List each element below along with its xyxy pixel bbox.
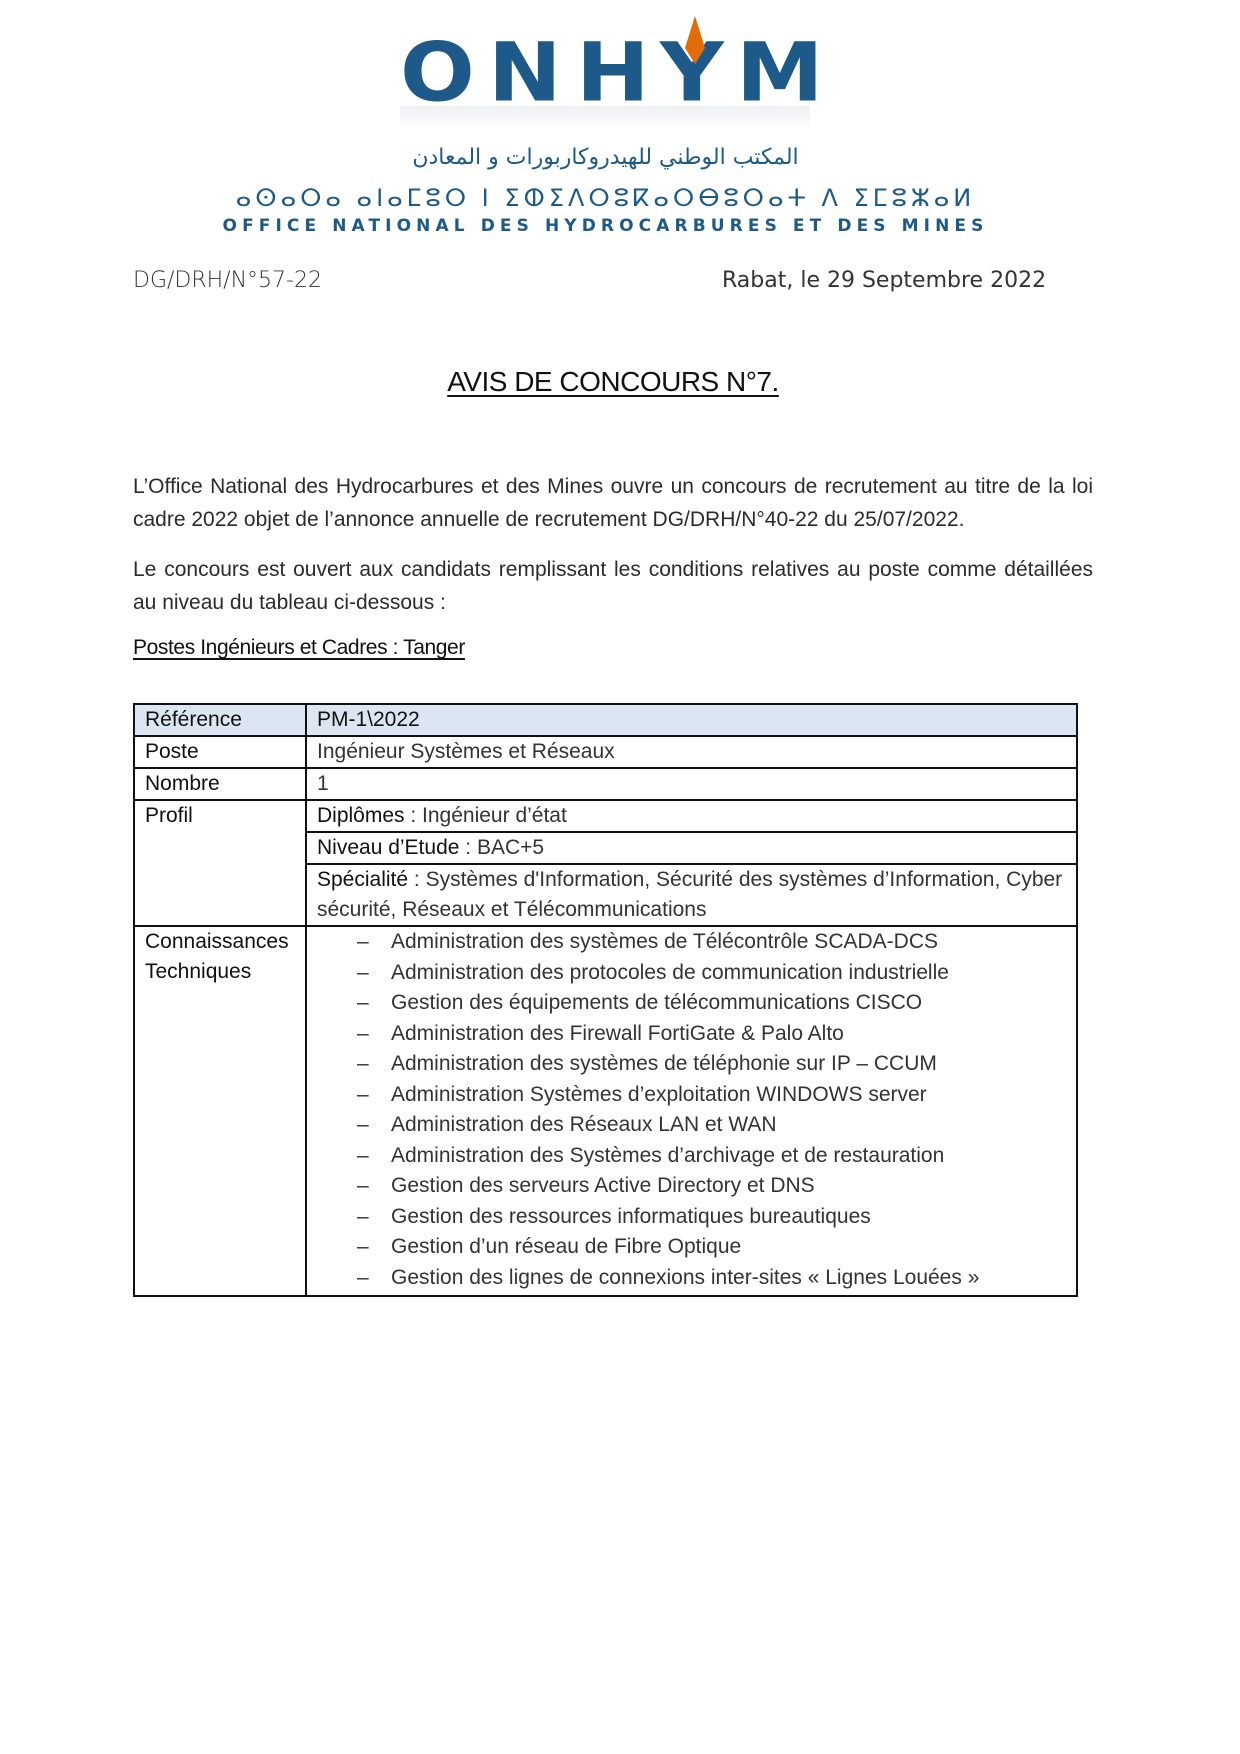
connaissances-label-line2: Techniques <box>145 957 295 987</box>
niveau-label: Niveau d’Etude <box>317 836 459 859</box>
office-name: OFFICE NATIONAL DES HYDROCARBURES ET DES… <box>188 216 1023 236</box>
knowledge-item-text: Administration des Systèmes d’archivage … <box>391 1144 944 1167</box>
list-item: –Administration des systèmes de téléphon… <box>317 1049 1066 1080</box>
document-date: Rabat, le 29 Septembre 2022 <box>722 268 1046 293</box>
knowledge-item-text: Gestion des serveurs Active Directory et… <box>391 1174 815 1197</box>
dash-bullet-icon: – <box>357 1232 369 1263</box>
document-reference: DG/DRH/N°57-22 <box>133 268 322 293</box>
logo-letter: H <box>576 38 650 107</box>
dash-bullet-icon: – <box>357 1080 369 1111</box>
poste-label: Poste <box>134 736 306 768</box>
niveau-value: : BAC+5 <box>459 836 544 859</box>
dash-bullet-icon: – <box>357 927 369 958</box>
diplomes-cell: Diplômes : Ingénieur d’état <box>306 800 1077 832</box>
table-row-profil-diplomes: Profil Diplômes : Ingénieur d’état <box>134 800 1077 832</box>
list-item: –Administration des systèmes de Télécont… <box>317 927 1066 958</box>
knowledge-item-text: Administration des Firewall FortiGate & … <box>391 1022 844 1045</box>
specialite-cell: Spécialité : Systèmes d'Information, Séc… <box>306 864 1077 926</box>
reference-value: PM-1\2022 <box>306 704 1077 736</box>
diplomes-label: Diplômes <box>317 804 405 827</box>
poste-value: Ingénieur Systèmes et Réseaux <box>306 736 1077 768</box>
flame-icon <box>683 16 707 66</box>
dash-bullet-icon: – <box>357 1019 369 1050</box>
job-table: Référence PM-1\2022 Poste Ingénieur Syst… <box>133 703 1078 1297</box>
connaissances-label-line1: Connaissances <box>145 927 295 957</box>
logo-reflection <box>400 106 810 130</box>
page-title: AVIS DE CONCOURS N°7. <box>0 366 1226 398</box>
knowledge-item-text: Gestion des lignes de connexions inter-s… <box>391 1266 979 1289</box>
specialite-label: Spécialité <box>317 868 408 891</box>
niveau-cell: Niveau d’Etude : BAC+5 <box>306 832 1077 864</box>
connaissances-label: Connaissances Techniques <box>134 926 306 1296</box>
nombre-value: 1 <box>306 768 1077 800</box>
reference-label: Référence <box>134 704 306 736</box>
section-heading: Postes Ingénieurs et Cadres : Tanger <box>133 636 465 660</box>
logo-letter: N <box>488 38 562 107</box>
list-item: –Administration des Réseaux LAN et WAN <box>317 1110 1066 1141</box>
list-item: –Administration Systèmes d’exploitation … <box>317 1080 1066 1111</box>
list-item: –Administration des Firewall FortiGate &… <box>317 1019 1066 1050</box>
conditions-paragraph: Le concours est ouvert aux candidats rem… <box>133 553 1093 619</box>
specialite-value: : Systèmes d'Information, Sécurité des s… <box>317 868 1062 921</box>
diplomes-value: : Ingénieur d’état <box>405 804 567 827</box>
logo-letter: M <box>736 38 824 107</box>
knowledge-item-text: Gestion des ressources informatiques bur… <box>391 1205 871 1228</box>
list-item: –Administration des protocoles de commun… <box>317 958 1066 989</box>
table-row-nombre: Nombre 1 <box>134 768 1077 800</box>
list-item: –Gestion des serveurs Active Directory e… <box>317 1171 1066 1202</box>
dash-bullet-icon: – <box>357 988 369 1019</box>
logo-letter: O <box>400 38 475 107</box>
intro-paragraph: L’Office National des Hydrocarbures et d… <box>133 470 1093 536</box>
connaissances-cell: –Administration des systèmes de Télécont… <box>306 926 1077 1296</box>
tifinagh-office-name: ⴰⵙⴰⵔⴰ ⴰⵏⴰⵎⵓⵔ ⵏ ⵉⵀⵉⴷⵔⵓⴽⴰⵔⴱⵓⵔⴰⵜ ⴷ ⵉⵎⵓⵣⴰⵍ <box>188 184 1023 212</box>
table-row-reference: Référence PM-1\2022 <box>134 704 1077 736</box>
dash-bullet-icon: – <box>357 1049 369 1080</box>
nombre-label: Nombre <box>134 768 306 800</box>
knowledge-list: –Administration des systèmes de Télécont… <box>317 927 1066 1295</box>
knowledge-item-text: Gestion des équipements de télécommunica… <box>391 991 922 1014</box>
dash-bullet-icon: – <box>357 1263 369 1294</box>
onhym-logo: O N H Y M <box>400 38 810 113</box>
knowledge-item-text: Administration des systèmes de téléphoni… <box>391 1052 937 1075</box>
list-item: –Administration des Systèmes d’archivage… <box>317 1141 1066 1172</box>
profil-label: Profil <box>134 800 306 926</box>
table-row-connaissances: Connaissances Techniques –Administration… <box>134 926 1077 1296</box>
dash-bullet-icon: – <box>357 958 369 989</box>
knowledge-item-text: Administration Systèmes d’exploitation W… <box>391 1083 927 1106</box>
dash-bullet-icon: – <box>357 1202 369 1233</box>
knowledge-item-text: Gestion d’un réseau de Fibre Optique <box>391 1235 741 1258</box>
knowledge-item-text: Administration des systèmes de Télécontr… <box>391 930 938 953</box>
dash-bullet-icon: – <box>357 1110 369 1141</box>
dash-bullet-icon: – <box>357 1171 369 1202</box>
list-item: –Gestion des lignes de connexions inter-… <box>317 1263 1066 1294</box>
list-item: –Gestion des ressources informatiques bu… <box>317 1202 1066 1233</box>
dash-bullet-icon: – <box>357 1141 369 1172</box>
list-item: –Gestion d’un réseau de Fibre Optique <box>317 1232 1066 1263</box>
knowledge-item-text: Administration des protocoles de communi… <box>391 961 949 984</box>
table-row-poste: Poste Ingénieur Systèmes et Réseaux <box>134 736 1077 768</box>
knowledge-item-text: Administration des Réseaux LAN et WAN <box>391 1113 777 1136</box>
list-item: –Gestion des équipements de télécommunic… <box>317 988 1066 1019</box>
arabic-office-name: المكتب الوطني للهيدروكاربورات و المعادن <box>188 145 1023 170</box>
